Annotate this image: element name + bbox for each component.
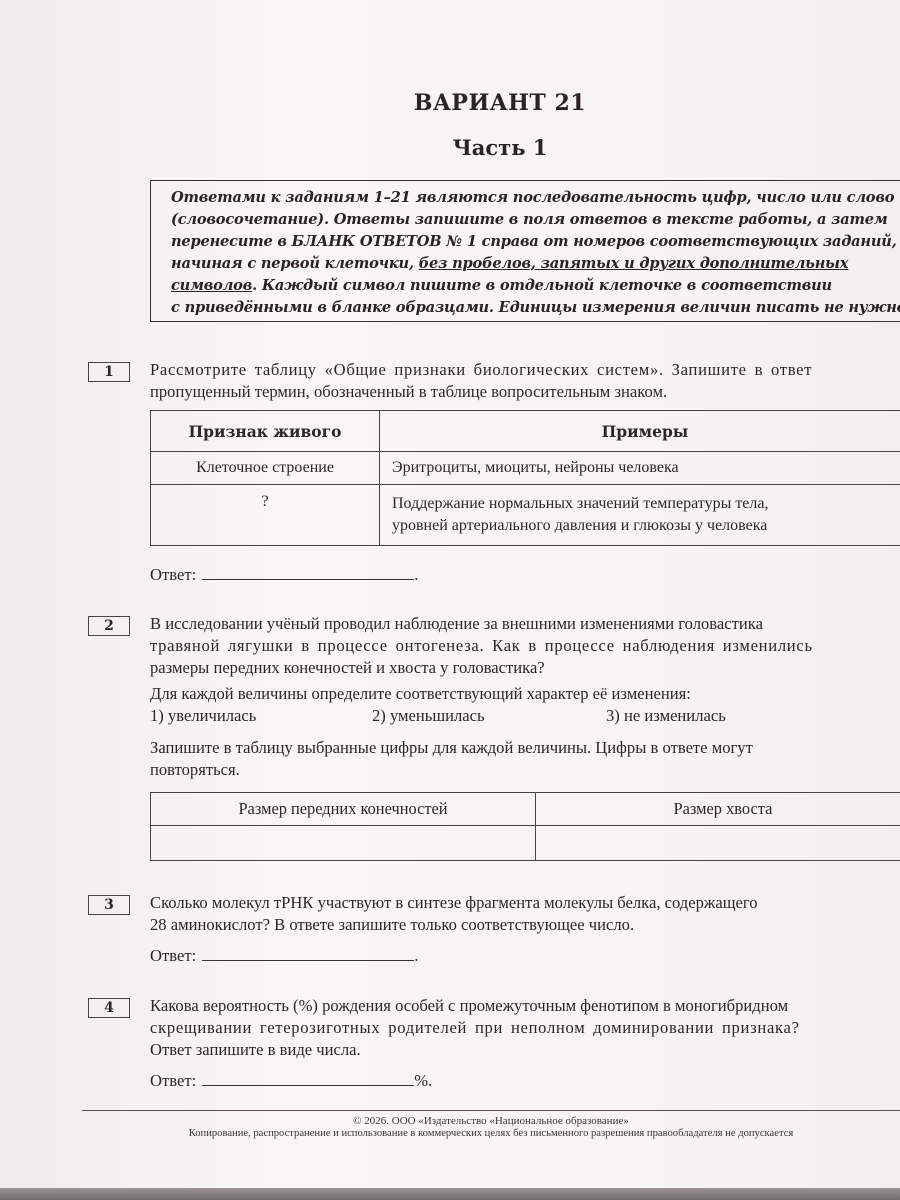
question-text-line: В исследовании учёный проводил наблюдени… — [150, 613, 900, 635]
answer-label: Ответ: — [150, 565, 196, 584]
answer-field[interactable] — [202, 565, 414, 580]
question-3-text: Сколько молекул тРНК участвуют в синтезе… — [150, 892, 900, 936]
question-text-line: размеры передних конечностей и хвоста у … — [150, 657, 900, 679]
answer-suffix: . — [414, 565, 418, 584]
question-text-line: пропущенный термин, обозначенный в табли… — [150, 381, 900, 403]
answer-field[interactable] — [202, 946, 414, 961]
table-cell: Клеточное строение — [151, 452, 380, 485]
question-number-1: 1 — [88, 362, 130, 382]
answer-cell-tail[interactable] — [536, 826, 900, 861]
footer-copyright: © 2026. ООО «Издательство «Национальное … — [82, 1115, 900, 1127]
question-text-line: Ответ запишите в виде числа. — [150, 1039, 900, 1061]
answer-suffix: . — [414, 946, 418, 965]
question-2-instruction: Запишите в таблицу выбранные цифры для к… — [150, 737, 900, 781]
question-2-prompt: Для каждой величины определите соответст… — [150, 683, 900, 705]
instructions-text: . Каждый символ пишите в отдельной клето… — [252, 277, 832, 294]
question-1-table: Признак живого Примеры Клеточное строени… — [150, 410, 900, 546]
table-row: Клеточное строение Эритроциты, миоциты, … — [151, 452, 900, 485]
table-row: ? Поддержание нормальных значений темпер… — [151, 485, 900, 546]
question-4-answer: Ответ:%. — [150, 1071, 432, 1091]
question-text-line: Рассмотрите таблицу «Общие признаки биол… — [150, 359, 900, 381]
instructions-underlined: символов — [171, 277, 252, 294]
question-4-text: Какова вероятность (%) рождения особей с… — [150, 995, 900, 1061]
question-number-4: 4 — [88, 998, 130, 1018]
instructions-text: начиная с первой клеточки, — [171, 255, 419, 272]
answer-field[interactable] — [202, 1071, 414, 1086]
question-text-line: Запишите в таблицу выбранные цифры для к… — [150, 737, 900, 759]
instructions-line: начиная с первой клеточки, без пробелов,… — [171, 253, 900, 275]
table-header: Признак живого — [151, 411, 380, 452]
exam-page: ВАРИАНТ 21 Часть 1 Ответами к заданиям 1… — [0, 0, 900, 1200]
question-number-3: 3 — [88, 895, 130, 915]
page-bottom-edge — [0, 1188, 900, 1200]
table-cell: Эритроциты, миоциты, нейроны человека — [380, 452, 900, 485]
table-row — [151, 826, 900, 861]
instructions-line: символов. Каждый символ пишите в отдельн… — [171, 275, 900, 297]
answer-suffix: %. — [414, 1071, 432, 1090]
question-text-line: Сколько молекул тРНК участвуют в синтезе… — [150, 892, 900, 914]
question-3-answer: Ответ:. — [150, 946, 418, 966]
table-header: Размер передних конечностей — [151, 793, 536, 826]
table-header: Примеры — [380, 411, 900, 452]
instructions-line: (словосочетание). Ответы запишите в поля… — [171, 209, 900, 231]
question-number-2: 2 — [88, 616, 130, 636]
answer-label: Ответ: — [150, 946, 196, 965]
instructions-box: Ответами к заданиям 1–21 являются послед… — [150, 180, 900, 322]
variant-title: ВАРИАНТ 21 — [0, 90, 900, 116]
missing-term-cell: ? — [151, 485, 380, 546]
question-1-answer: Ответ:. — [150, 565, 418, 585]
footer-divider — [82, 1110, 900, 1111]
question-2-answer-table: Размер передних конечностей Размер хвост… — [150, 792, 900, 861]
instructions-line: Ответами к заданиям 1–21 являются послед… — [171, 187, 900, 209]
question-text-line: скрещивании гетерозиготных родителей при… — [150, 1017, 900, 1039]
part-title: Часть 1 — [0, 135, 900, 160]
question-text-line: травяной лягушки в процессе онтогенеза. … — [150, 635, 900, 657]
question-1-text: Рассмотрите таблицу «Общие признаки биол… — [150, 359, 900, 403]
table-cell-line: Поддержание нормальных значений температ… — [392, 493, 900, 515]
footer-notice: Копирование, распространение и использов… — [82, 1128, 900, 1139]
instructions-underlined: без пробелов, запятых и других дополните… — [419, 255, 849, 272]
question-2-text: В исследовании учёный проводил наблюдени… — [150, 613, 900, 679]
question-text-line: 28 аминокислот? В ответе запишите только… — [150, 914, 900, 936]
answer-label: Ответ: — [150, 1071, 196, 1090]
question-text-line: повторяться. — [150, 759, 900, 781]
instructions-line: перенесите в БЛАНК ОТВЕТОВ № 1 справа от… — [171, 231, 900, 253]
option-unchanged: 3) не изменилась — [606, 706, 726, 726]
question-text-line: Какова вероятность (%) рождения особей с… — [150, 995, 900, 1017]
option-increased: 1) увеличилась — [150, 706, 256, 726]
table-cell-line: уровней артериального давления и глюкозы… — [392, 515, 900, 537]
table-cell: Поддержание нормальных значений температ… — [380, 485, 900, 546]
instructions-line: с приведёнными в бланке образцами. Едини… — [171, 297, 900, 319]
option-decreased: 2) уменьшилась — [372, 706, 485, 726]
answer-cell-forelimbs[interactable] — [151, 826, 536, 861]
table-header: Размер хвоста — [536, 793, 900, 826]
